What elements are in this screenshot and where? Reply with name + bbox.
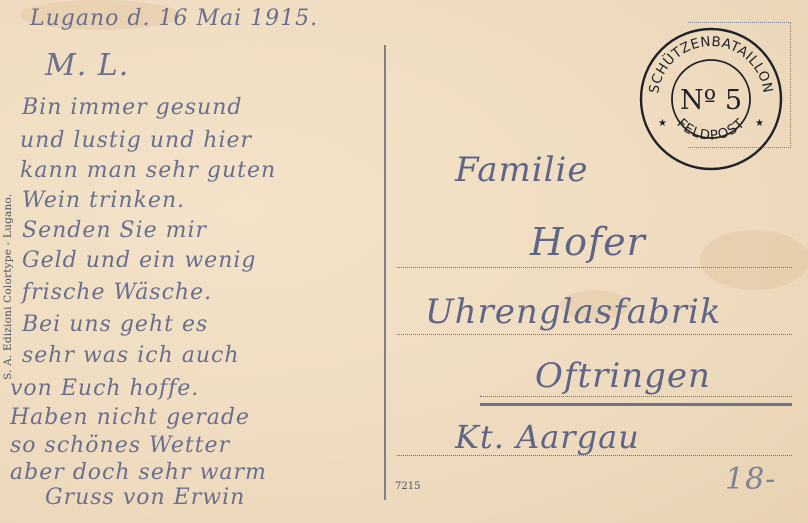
postmark-cancellation: SCHÜTZENBATAILLON FELDPOST Nº 5 ★ ★ xyxy=(638,26,784,172)
address-company-line: Uhrenglasfabrik xyxy=(425,292,722,332)
svg-text:FELDPOST: FELDPOST xyxy=(674,115,749,144)
message-line: Senden Sie mir xyxy=(22,218,207,243)
star-icon: ★ xyxy=(755,118,764,129)
star-icon: ★ xyxy=(658,118,667,129)
message-line: Haben nicht gerade xyxy=(10,405,250,430)
address-recipient-line: Familie xyxy=(455,150,589,190)
message-line: Wein trinken. xyxy=(22,188,185,213)
postcard-back: S. A. Edizioni Colortype - Lugano. 7215 … xyxy=(0,0,808,523)
address-line-1 xyxy=(397,267,792,268)
message-line: sehr was ich auch xyxy=(22,343,240,368)
address-underline-bar xyxy=(480,403,792,406)
message-line: aber doch sehr warm xyxy=(10,460,267,485)
message-line: und lustig und hier xyxy=(20,128,252,153)
message-line: kann man sehr guten xyxy=(20,158,276,183)
postmark-center-text: Nº 5 xyxy=(680,85,742,116)
stain xyxy=(700,230,808,290)
message-line: so schönes Wetter xyxy=(10,433,230,458)
pencil-price-note: 18- xyxy=(725,462,776,497)
message-line: Bei uns geht es xyxy=(22,312,208,337)
postmark-bottom-text: FELDPOST xyxy=(674,115,749,144)
address-name-line: Hofer xyxy=(530,220,646,264)
catalog-number: 7215 xyxy=(395,481,420,492)
message-line: Bin immer gesund xyxy=(22,95,242,120)
address-canton-line: Kt. Aargau xyxy=(455,418,640,456)
publisher-imprint: S. A. Edizioni Colortype - Lugano. xyxy=(2,194,14,380)
center-divider xyxy=(384,45,386,500)
message-line: frische Wäsche. xyxy=(22,280,212,305)
message-signoff: Gruss von Erwin xyxy=(45,485,245,510)
message-salutation: M. L. xyxy=(45,48,129,83)
message-date-line: Lugano d. 16 Mai 1915. xyxy=(30,6,318,31)
address-line-2 xyxy=(397,334,792,335)
address-town-line: Oftringen xyxy=(535,356,711,396)
message-line: von Euch hoffe. xyxy=(10,376,199,401)
message-line: Geld und ein wenig xyxy=(22,248,256,273)
address-line-3 xyxy=(480,396,792,397)
